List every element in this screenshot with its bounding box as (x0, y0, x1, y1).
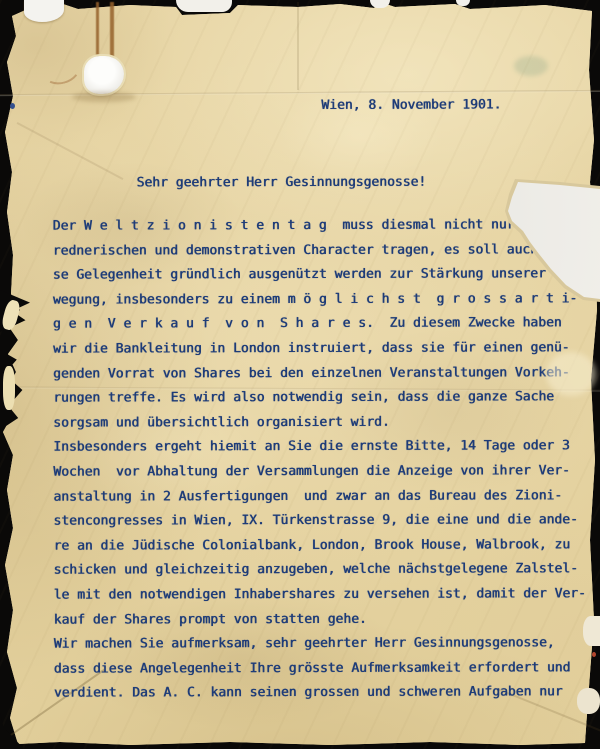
letter-body: Der W e l t z i o n i s t e n t a g muss… (53, 213, 587, 706)
salutation: Sehr geehrter Herr Gesinnungsgenosse! (136, 175, 426, 191)
letter-line: verdient. Das A. C. kann seinen grossen … (54, 681, 586, 707)
letter-line: wir die Bankleitung in London instruiert… (53, 336, 585, 362)
letter-line: stencongresses in Wien, IX. Türkenstrass… (53, 508, 585, 534)
letter-line: g e n V e r k a u f v o n S h a r e s. Z… (53, 312, 585, 338)
text-layer: Wien, 8. November 1901. Sehr geehrter He… (0, 0, 600, 749)
letter-line: le mit den notwendigen Inhabershares zu … (54, 582, 586, 608)
letter-line: rungen treffe. Es wird also notwendig se… (53, 385, 585, 411)
letter-line: Insbesonders ergeht hiemit an Sie die er… (53, 435, 585, 461)
letter-line: kauf der Shares prompt von statten gehe. (54, 607, 586, 633)
letter-line: sorgsam und übersichtlich organisiert wi… (53, 410, 585, 436)
letter-line: dass diese Angelegenheit Ihre grösste Au… (54, 656, 586, 682)
letter-line: anstaltung in 2 Ausfertigungen und zwar … (53, 484, 585, 510)
letter-line: se Gelegenheit gründlich ausgenützt werd… (53, 262, 585, 288)
letter-line: Wochen vor Abhaltung der Versammlungen d… (53, 459, 585, 485)
letter-line: re an die Jüdische Colonialbank, London,… (53, 533, 585, 559)
letter-line: rednerischen und demonstrativen Characte… (53, 238, 585, 264)
letter-line: Der W e l t z i o n i s t e n t a g muss… (53, 213, 585, 239)
letter-line: wegung, insbesonders zu einem m ö g l i … (53, 287, 585, 313)
letter-line: Wir machen Sie aufmerksam, sehr geehrter… (54, 631, 586, 657)
letter-line: genden Vorrat von Shares bei den einzeln… (53, 361, 585, 387)
letter-scan: Wien, 8. November 1901. Sehr geehrter He… (0, 0, 600, 749)
dateline: Wien, 8. November 1901. (321, 97, 501, 112)
letter-line: schicken und gleichzeitig anzugeben, wel… (53, 558, 585, 584)
